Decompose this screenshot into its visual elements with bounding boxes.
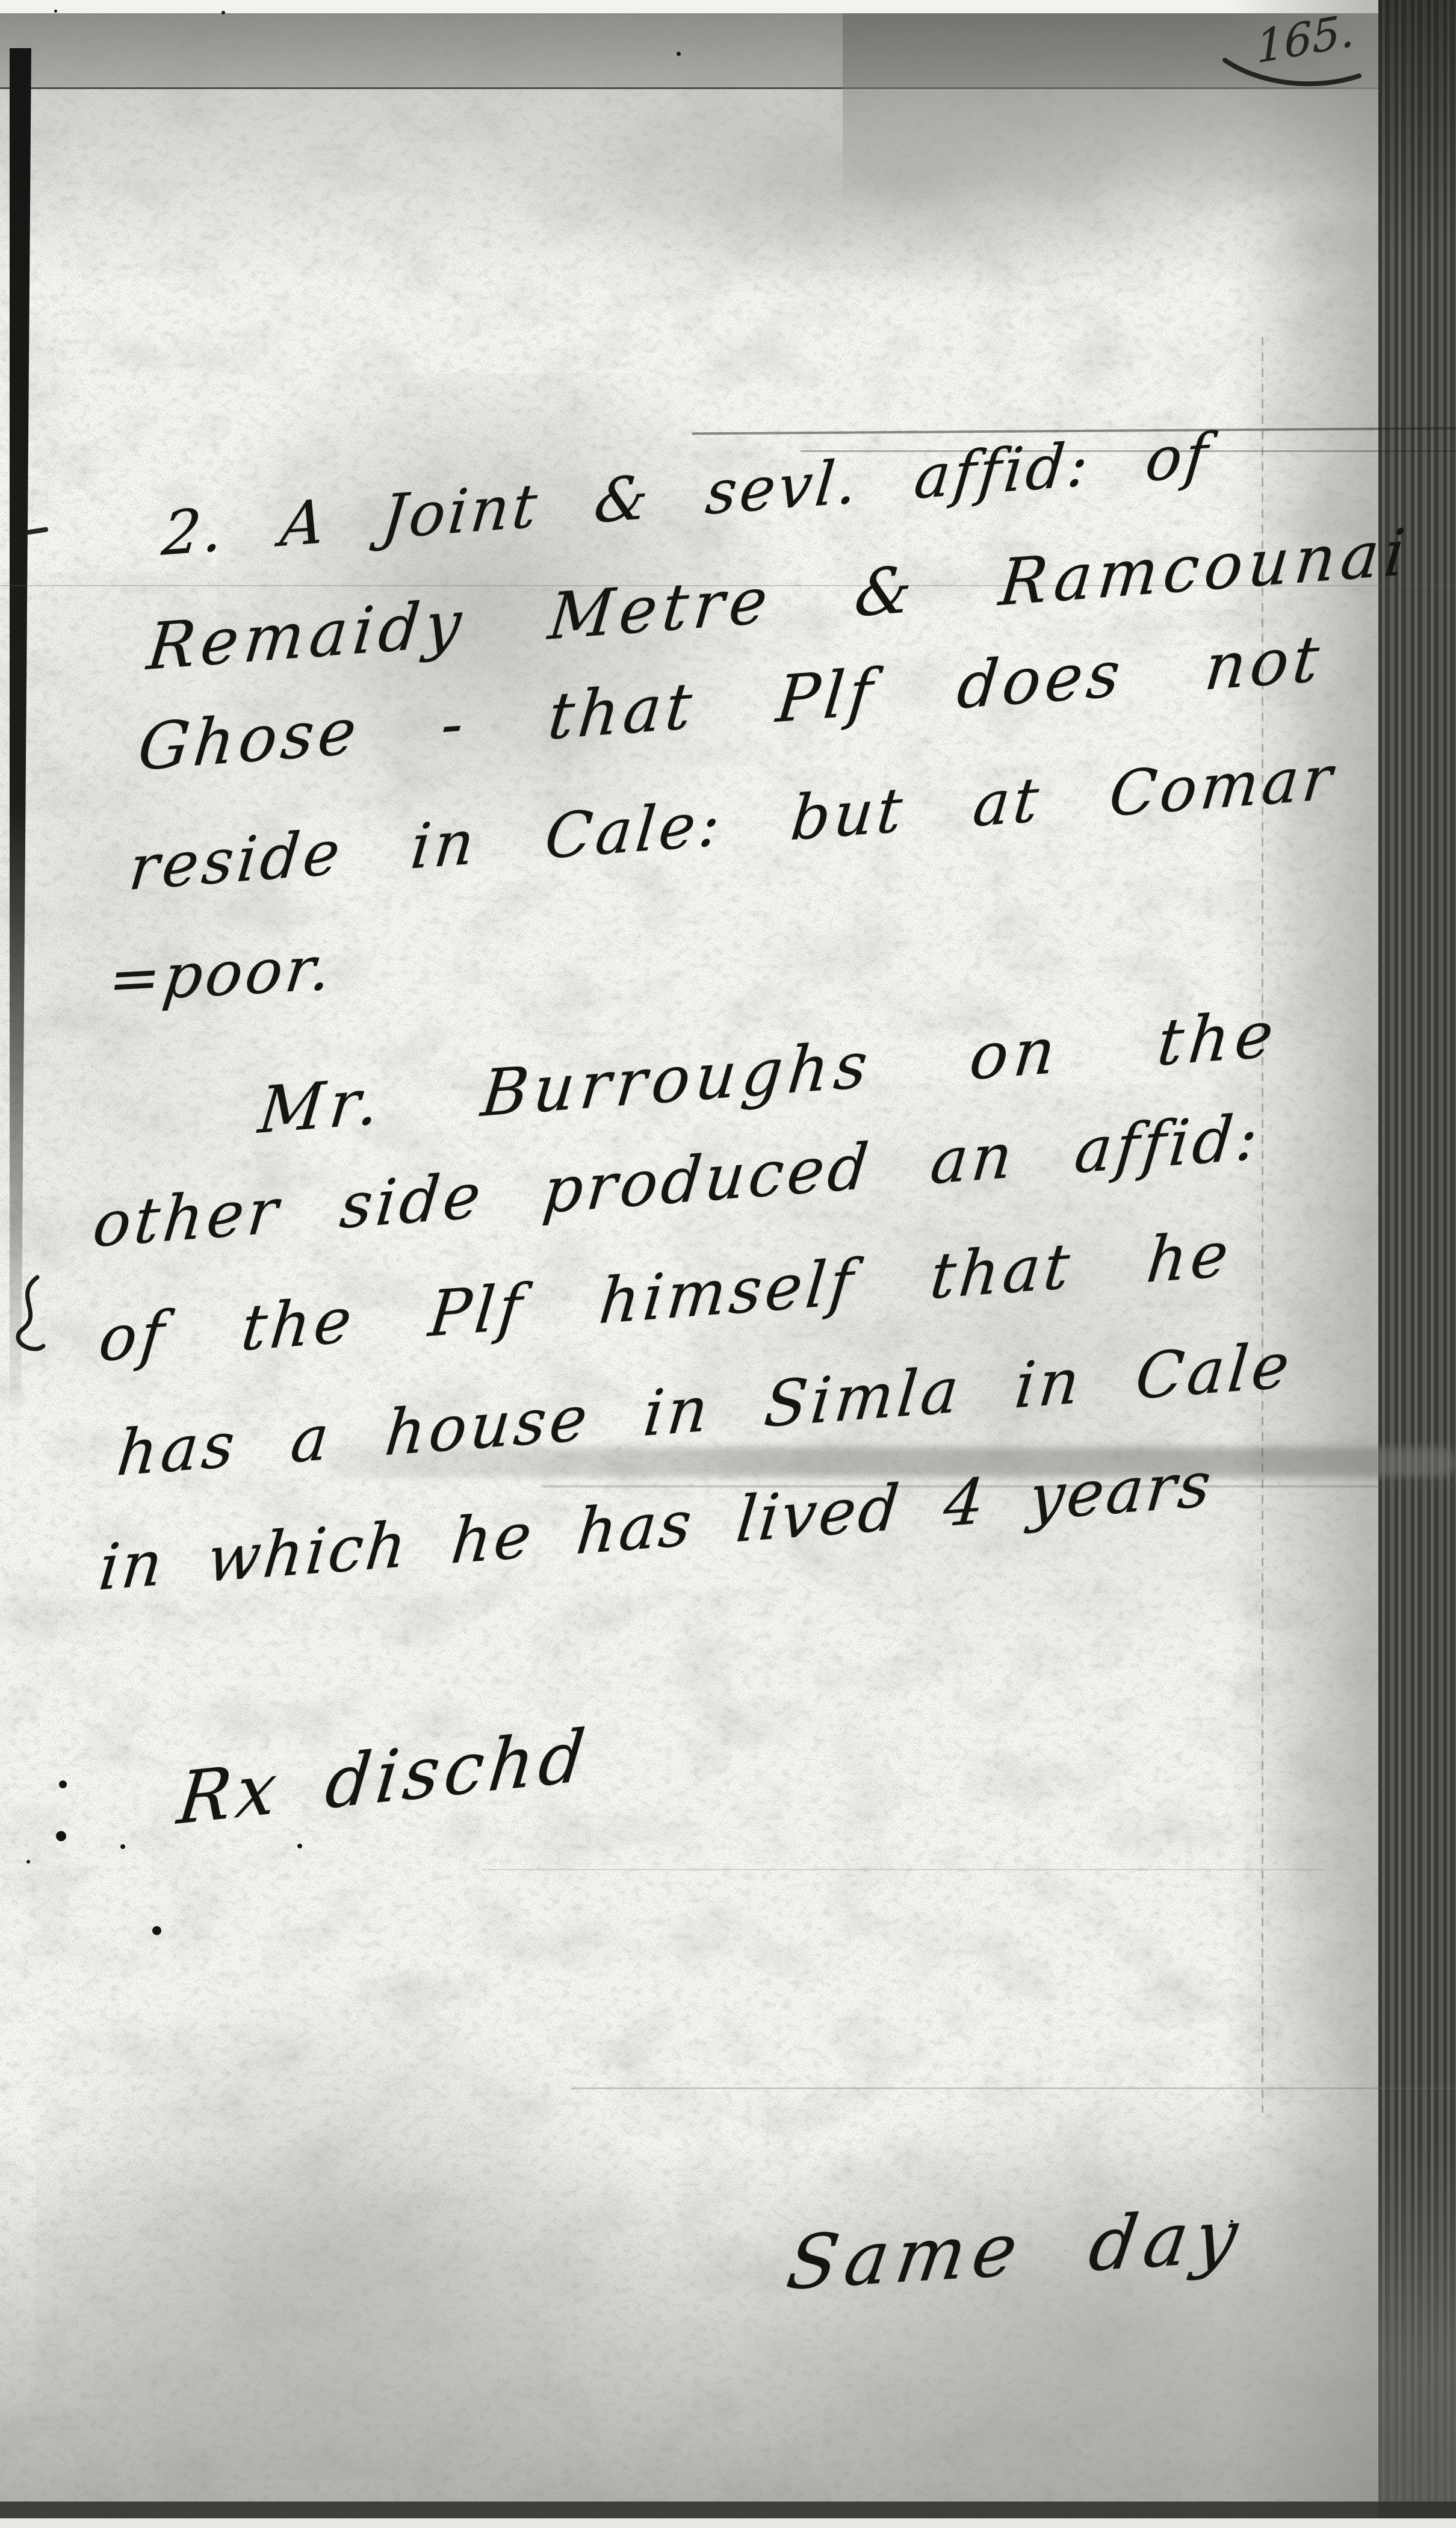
ink-spot [297, 1844, 302, 1848]
bottom-edge-bar [0, 2502, 1456, 2518]
manuscript-page: 165. 2. A Joint & sevl. affid: of Remaid… [0, 0, 1456, 2528]
page-number-underline-flourish [0, 0, 1456, 132]
faint-rule-line [482, 1869, 1324, 1870]
margin-squiggle-mark [0, 1270, 72, 1402]
ink-spot [26, 1860, 30, 1863]
entry-line-5: =poor. [105, 938, 338, 1011]
right-margin-rule [1262, 337, 1263, 2113]
ink-spot [59, 1780, 67, 1788]
ink-spot [120, 1844, 125, 1849]
faint-rule-line [572, 2087, 1456, 2089]
ink-spot [152, 1926, 161, 1935]
bottom-margin [0, 2518, 1456, 2528]
ink-spot [56, 1831, 66, 1841]
